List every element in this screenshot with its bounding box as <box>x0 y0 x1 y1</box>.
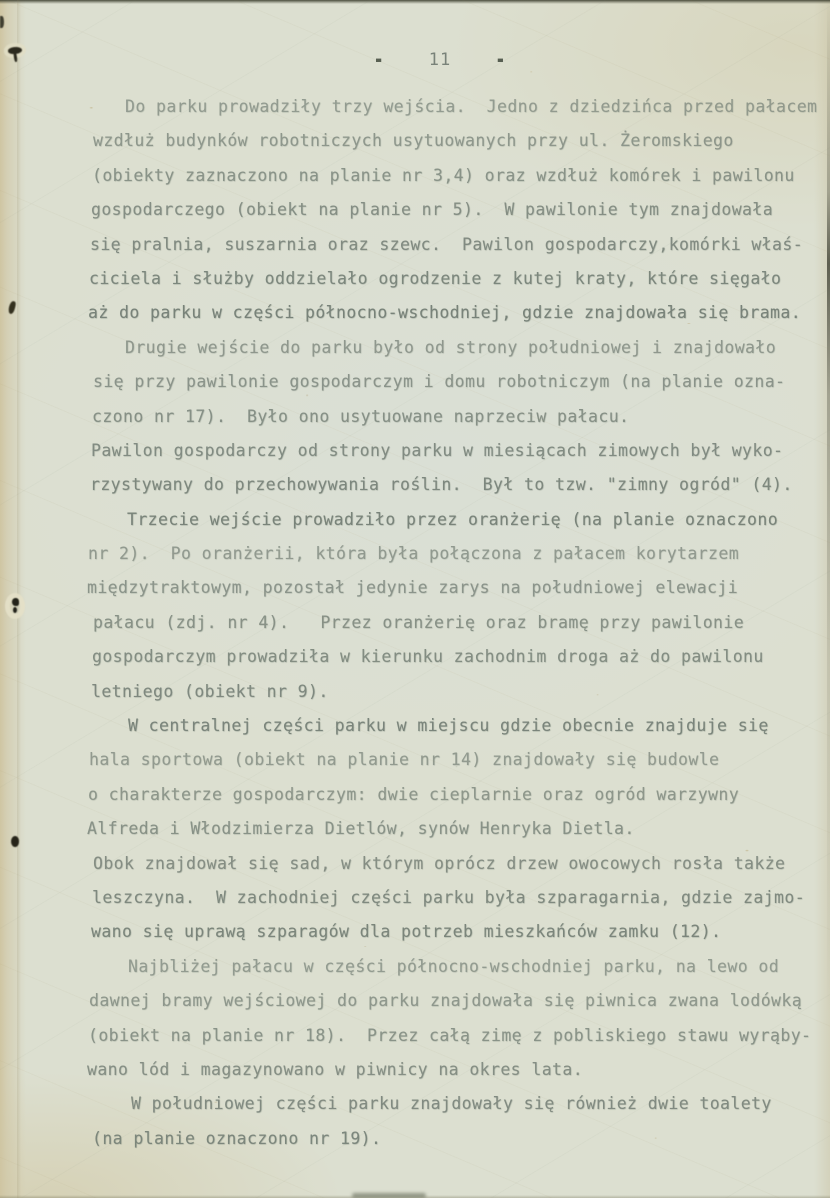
text-line: Najbliżej pałacu w części północno-wscho… <box>90 950 830 984</box>
paragraph: Trzecie wejście prowadziło przez oranżer… <box>90 503 830 709</box>
text-line: aż do parku w części północno-wschodniej… <box>88 296 828 330</box>
text-line: Do parku prowadziły trzy wejścia. Jedno … <box>87 90 827 124</box>
text-line: Drugie wejście do parku było od strony p… <box>87 331 827 365</box>
typewritten-text-block: Do parku prowadziły trzy wejścia. Jedno … <box>90 90 830 1156</box>
text-line: ciciela i służby oddzielało ogrodzenie z… <box>89 262 829 296</box>
text-line: wano się uprawą szparagów dla potrzeb mi… <box>91 915 830 949</box>
text-line: (na planie oznaczono nr 19). <box>92 1122 830 1156</box>
scanned-document-page: - 11 - Do parku prowadziły trzy wejścia.… <box>0 0 830 1198</box>
paragraph: Pawilon gospodarczy od strony parku w mi… <box>90 434 830 503</box>
paragraph: W południowej części parku znajdowały si… <box>90 1087 830 1156</box>
text-line: Alfreda i Włodzimierza Dietlów, synów He… <box>87 812 827 846</box>
header-dash-right: - <box>495 46 506 74</box>
text-line: (obiekty zaznaczono na planie nr 3,4) or… <box>92 159 830 193</box>
text-line: się przy pawilonie gospodarczym i domu r… <box>93 365 830 399</box>
text-line: czono nr 17). Było ono usytuowane naprze… <box>92 400 830 434</box>
text-line: (obiekt na planie nr 18). Przez całą zim… <box>88 1019 828 1053</box>
text-line: leszczyna. W zachodniej części parku był… <box>92 881 830 915</box>
text-line: się pralnia, suszarnia oraz szewc. Pawil… <box>90 228 830 262</box>
text-line: gospodarczym prowadziła w kierunku zacho… <box>92 640 830 674</box>
paragraph: W centralnej części parku w miejscu gdzi… <box>90 709 830 847</box>
page-number-header: - 11 - <box>25 50 830 70</box>
scan-edge-top <box>0 0 830 4</box>
ink-mark <box>10 598 20 614</box>
text-line: wano lód i magazynowano w piwnicy na okr… <box>87 1053 827 1087</box>
text-line: nr 2). Po oranżerii, która była połączon… <box>88 537 828 571</box>
text-line: W południowej części parku znajdowały si… <box>93 1087 830 1121</box>
text-line: Obok znajdował się sad, w którym oprócz … <box>93 847 830 881</box>
text-line: pałacu (zdj. nr 4). Przez oranżerię oraz… <box>93 606 830 640</box>
ink-mark <box>8 300 17 314</box>
scan-smudge <box>352 1193 426 1198</box>
paragraph: Obok znajdował się sad, w którym oprócz … <box>90 847 830 950</box>
text-line: dawnej bramy wejściowej do parku znajdow… <box>89 984 829 1018</box>
text-line: wzdłuż budynków robotniczych usytuowanyc… <box>93 124 830 158</box>
paragraph: Do parku prowadziły trzy wejścia. Jedno … <box>90 90 830 331</box>
text-line: Trzecie wejście prowadziło przez oranżer… <box>89 503 829 537</box>
ink-mark <box>0 16 4 28</box>
text-line: rzystywany do przechowywania roślin. Był… <box>90 468 830 502</box>
paragraph: Najbliżej pałacu w części północno-wscho… <box>90 950 830 1088</box>
text-line: W centralnej części parku w miejscu gdzi… <box>90 709 830 743</box>
text-line: o charakterze gospodarczym: dwie cieplar… <box>88 778 828 812</box>
paragraph: Drugie wejście do parku było od strony p… <box>90 331 830 434</box>
text-line: gospodarczego (obiekt na planie nr 5). W… <box>91 193 830 227</box>
text-line: hala sportowa (obiekt na planie nr 14) z… <box>89 743 829 777</box>
text-line: międzytraktowym, pozostał jedynie zarys … <box>87 571 827 605</box>
page-number: 11 <box>429 50 451 70</box>
text-line: Pawilon gospodarczy od strony parku w mi… <box>91 434 830 468</box>
header-dash-left: - <box>374 46 385 74</box>
text-line: letniego (obiekt nr 9). <box>91 675 830 709</box>
